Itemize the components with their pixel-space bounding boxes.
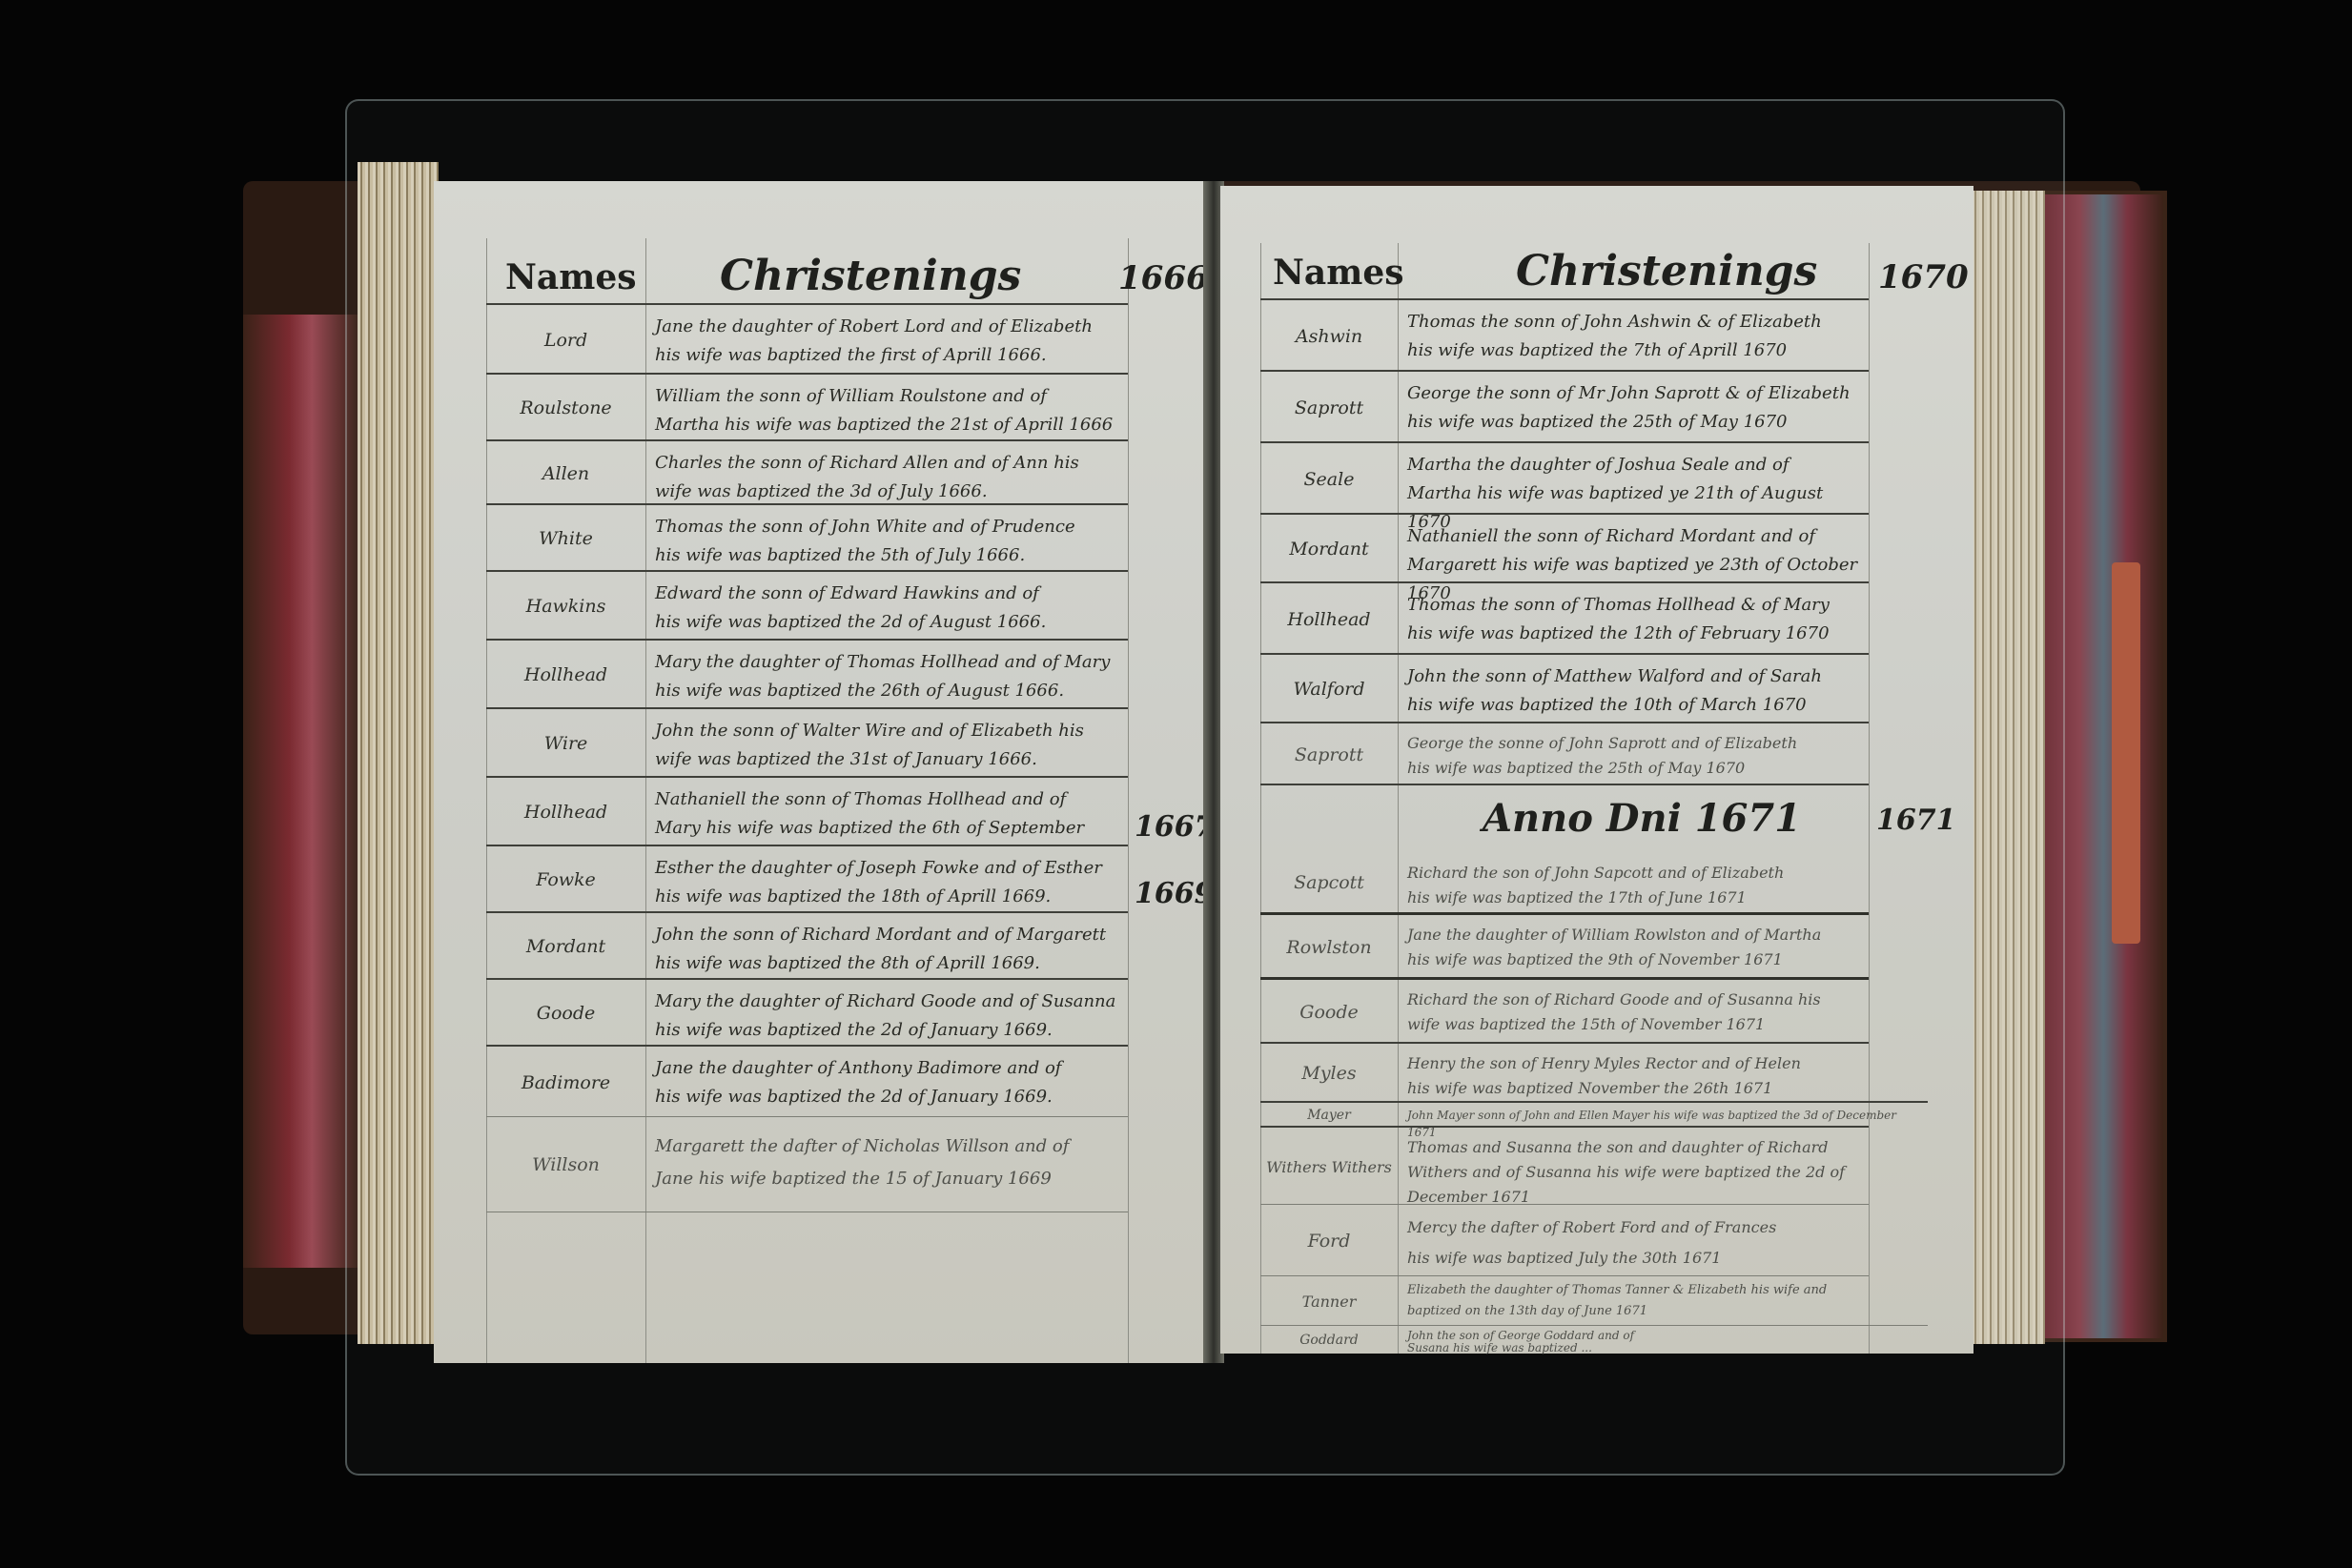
cover-left-marbled [243, 315, 358, 1268]
ribbon-bookmark [2112, 562, 2140, 944]
glass-plate-overlay [345, 99, 2065, 1476]
